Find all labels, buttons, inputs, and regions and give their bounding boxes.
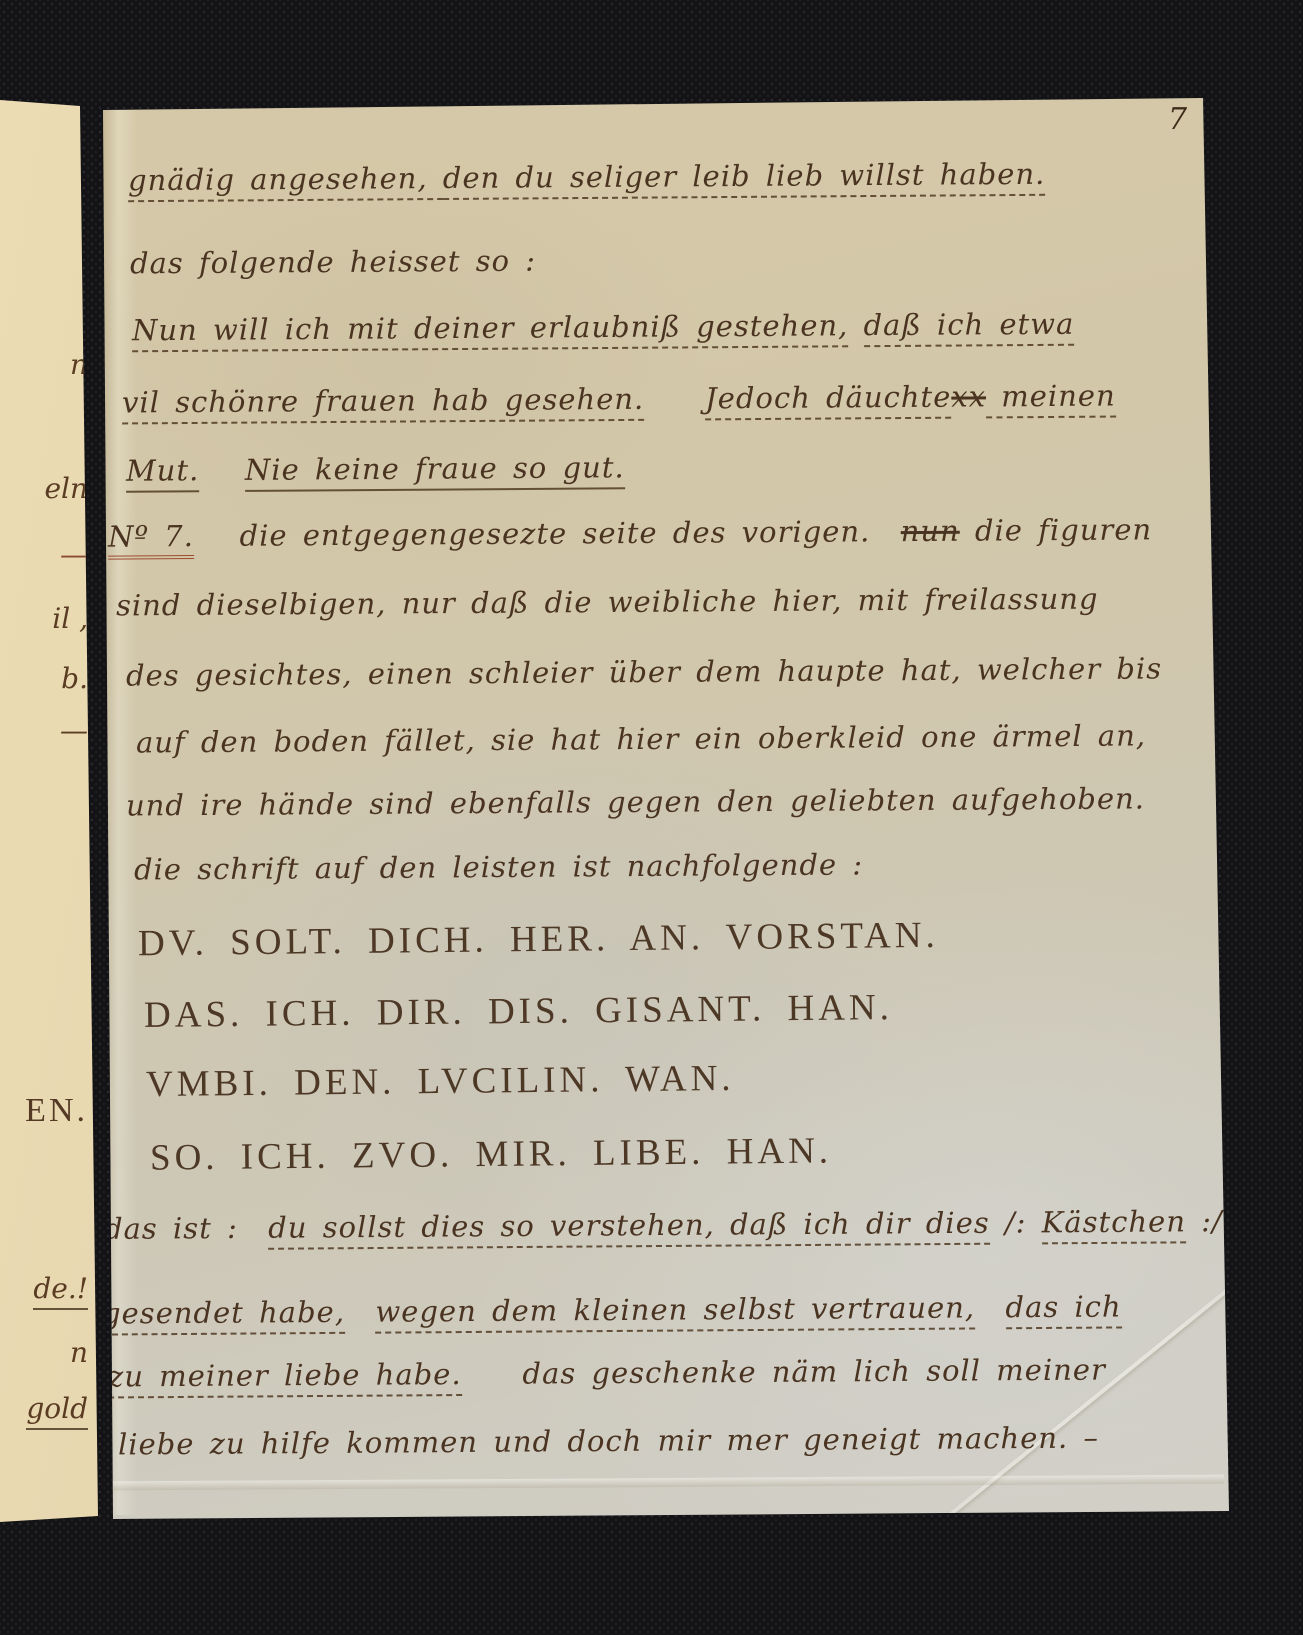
previous-page-word-fragment: n xyxy=(0,1336,93,1369)
manuscript-line: das folgende heisset so : xyxy=(130,244,536,281)
manuscript-line: DV. SOLT. DICH. HER. AN. VORSTAN. xyxy=(138,914,939,965)
manuscript-line: sind dieselbigen, nur daß die weibliche … xyxy=(116,582,1099,623)
previous-page-word-fragment: EN. xyxy=(0,1092,93,1130)
manuscript-text-segment xyxy=(975,1290,1006,1324)
manuscript-text-segment: SO. ICH. ZVO. MIR. LIBE. HAN. xyxy=(150,1130,832,1178)
manuscript-text-segment: xx xyxy=(951,379,986,413)
paper-crease xyxy=(831,1205,1303,1611)
fragment-text: de.! xyxy=(33,1272,88,1310)
manuscript-text-segment: auf den boden fället, sie hat hier ein o… xyxy=(136,718,1146,759)
manuscript-text-segment: gesendet habe, xyxy=(102,1295,345,1336)
manuscript-line: VMBI. DEN. LVCILIN. WAN. xyxy=(146,1057,735,1106)
manuscript-text-segment: :/ xyxy=(1186,1204,1223,1238)
manuscript-line: auf den boden fället, sie hat hier ein o… xyxy=(136,718,1146,759)
manuscript-photo: neln—il ,b.—EN.de.!ngold 7 gnädig angese… xyxy=(0,0,1303,1635)
manuscript-text-segment: Nun will ich mit deiner erlaubniß gesteh… xyxy=(132,308,849,352)
manuscript-text-segment: VMBI. DEN. LVCILIN. WAN. xyxy=(146,1058,735,1105)
manuscript-text-segment: meinen xyxy=(986,379,1116,419)
manuscript-line: gesendet habe, wegen dem kleinen selbst … xyxy=(102,1289,1122,1330)
manuscript-line: liebe zu hilfe kommen und doch mir mer g… xyxy=(118,1421,1099,1462)
fragment-text: gold xyxy=(26,1392,88,1430)
previous-page-word-fragment: — xyxy=(0,538,93,571)
previous-page-word-fragment: — xyxy=(0,714,93,747)
previous-page-word-fragment: eln xyxy=(0,472,93,505)
manuscript-text-segment: das ist : xyxy=(104,1211,268,1246)
manuscript-text-segment: DV. SOLT. DICH. HER. AN. VORSTAN. xyxy=(138,915,939,964)
manuscript-text-segment: wegen dem kleinen selbst vertrauen, xyxy=(375,1290,975,1333)
paper-bottom-fold xyxy=(112,1475,1224,1491)
manuscript-text-segment xyxy=(644,381,705,415)
manuscript-text-segment: vil schönre frauen hab gesehen. xyxy=(122,382,644,425)
manuscript-page: 7 gnädig angesehen, den du seliger leib … xyxy=(0,0,1303,1635)
manuscript-text-segment: und ire hände sind ebenfalls gegen den g… xyxy=(126,781,1145,822)
fragment-text: eln xyxy=(44,472,88,505)
manuscript-text-segment xyxy=(848,308,863,342)
previous-page-word-fragment: de.! xyxy=(0,1272,93,1305)
manuscript-line: Nun will ich mit deiner erlaubniß gesteh… xyxy=(132,307,1075,348)
fragment-text: b. xyxy=(61,662,88,695)
manuscript-line: und ire hände sind ebenfalls gegen den g… xyxy=(126,781,1145,822)
page-number: 7 xyxy=(1168,102,1187,137)
manuscript-text-segment: das geschenke näm lich soll meiner xyxy=(461,1353,1106,1391)
manuscript-text-segment: Nº 7. xyxy=(108,519,194,560)
manuscript-line: des gesichtes, einen schleier über dem h… xyxy=(126,651,1162,692)
fragment-text: n xyxy=(70,1336,88,1369)
manuscript-text-segment: gnädig angesehen, xyxy=(128,161,443,202)
manuscript-text-segment: das ich xyxy=(1005,1289,1121,1329)
manuscript-text-segment: die schrift auf den leisten ist nachfolg… xyxy=(134,847,863,886)
manuscript-text-segment: nun xyxy=(901,514,960,548)
manuscript-line: die schrift auf den leisten ist nachfolg… xyxy=(134,847,863,886)
manuscript-line: zu meiner liebe habe. das geschenke näm … xyxy=(108,1353,1106,1394)
manuscript-text-segment: daß ich etwa xyxy=(863,307,1074,347)
manuscript-text-segment: die entgegengesezte seite des vorigen. xyxy=(194,514,901,553)
fragment-text: EN. xyxy=(25,1092,88,1129)
fragment-text: n xyxy=(70,348,88,381)
manuscript-text-segment: zu meiner liebe habe. xyxy=(108,1357,462,1398)
manuscript-line: Mut. Nie keine fraue so gut. xyxy=(126,450,625,487)
manuscript-text-segment: liebe zu hilfe kommen und doch mir mer g… xyxy=(118,1421,1099,1462)
previous-page-word-fragment: b. xyxy=(0,662,93,695)
manuscript-text-segment: Mut. xyxy=(126,453,200,493)
manuscript-text-segment: Kästchen xyxy=(1042,1204,1187,1244)
manuscript-line: DAS. ICH. DIR. DIS. GISANT. HAN. xyxy=(144,986,893,1037)
manuscript-text-segment xyxy=(345,1295,376,1329)
manuscript-line: vil schönre frauen hab gesehen. Jedoch d… xyxy=(122,379,1116,420)
manuscript-text-segment xyxy=(199,453,245,487)
manuscript-line: das ist : du sollst dies so verstehen, d… xyxy=(104,1204,1223,1246)
manuscript-text-segment: den du seliger leib lieb willst haben. xyxy=(443,157,1046,200)
manuscript-line: Nº 7. die entgegengesezte seite des vori… xyxy=(108,512,1152,553)
manuscript-text-segment: Jedoch däuchte xyxy=(705,380,951,421)
manuscript-text-segment: die figuren xyxy=(960,512,1153,547)
manuscript-text-segment: sind dieselbigen, nur daß die weibliche … xyxy=(116,582,1099,623)
manuscript-text-segment: des gesichtes, einen schleier über dem h… xyxy=(126,651,1162,692)
previous-page-word-fragment: n xyxy=(0,348,93,381)
fragment-text: — xyxy=(60,538,88,571)
manuscript-line: gnädig angesehen, den du seliger leib li… xyxy=(128,157,1046,197)
previous-page-word-fragment: il , xyxy=(0,602,93,635)
manuscript-text-segment: /: xyxy=(990,1205,1042,1239)
previous-page-word-fragment: gold xyxy=(0,1392,93,1425)
manuscript-text-segment: das folgende heisset so : xyxy=(130,244,536,281)
manuscript-text-segment: du sollst dies so verstehen, daß ich dir… xyxy=(268,1206,990,1250)
fragment-text: — xyxy=(60,714,88,747)
manuscript-text-segment: DAS. ICH. DIR. DIS. GISANT. HAN. xyxy=(144,987,893,1036)
fragment-text: il , xyxy=(52,602,88,635)
manuscript-text-segment: Nie keine fraue so gut. xyxy=(245,450,625,492)
manuscript-line: SO. ICH. ZVO. MIR. LIBE. HAN. xyxy=(150,1129,832,1179)
